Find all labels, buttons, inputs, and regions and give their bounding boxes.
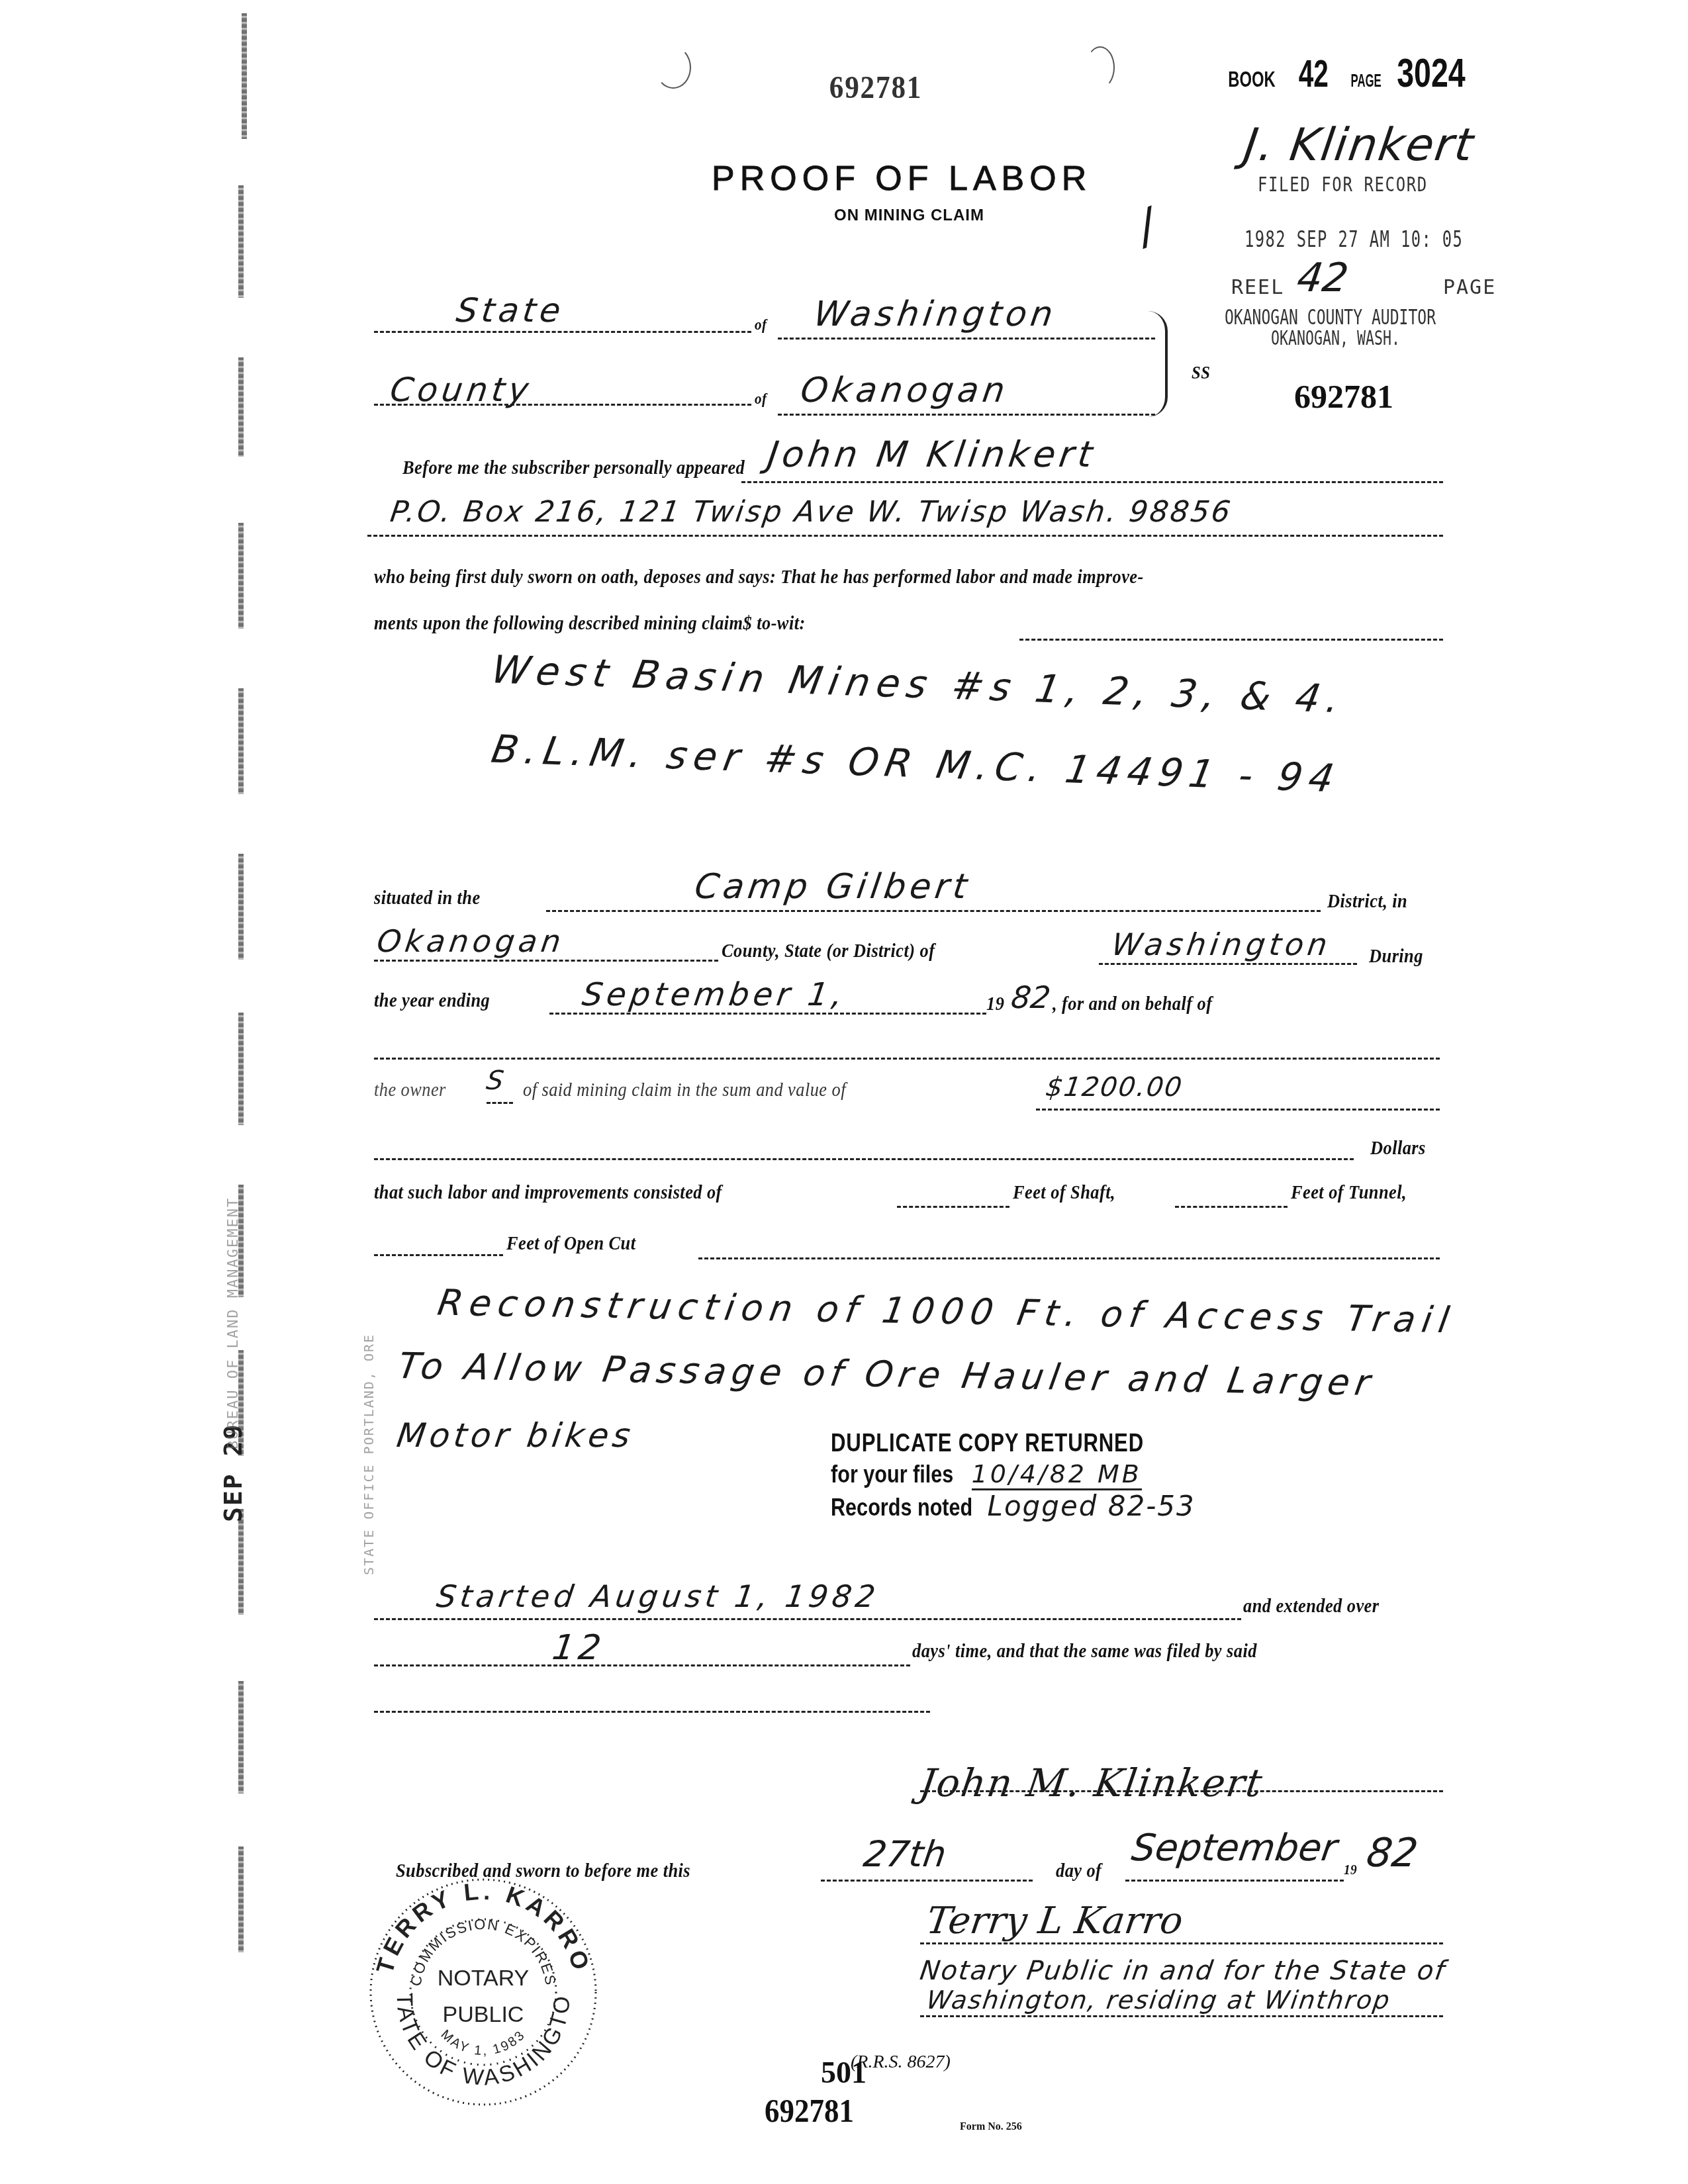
affiant-signature-line bbox=[920, 1790, 1443, 1792]
dollars-line bbox=[374, 1158, 1354, 1160]
day-of-label: day of bbox=[1056, 1860, 1102, 1882]
year-prefix: 19 bbox=[986, 993, 1004, 1015]
behalf-label: , for and on behalf of bbox=[1053, 993, 1212, 1015]
open-cut-label: Feet of Open Cut bbox=[506, 1232, 636, 1255]
owner-label: the owner bbox=[374, 1079, 446, 1101]
scan-edge-mark bbox=[238, 688, 244, 794]
year-ending-value: September 1, bbox=[580, 976, 849, 1013]
filed-for-record-label: FILED FOR RECORD bbox=[1258, 173, 1428, 197]
filer-signature: J. Klinkert bbox=[1241, 119, 1477, 171]
notary-signature-line bbox=[920, 1942, 1443, 1944]
blank-line-2 bbox=[374, 1711, 930, 1713]
ss-label: SS bbox=[1192, 363, 1210, 384]
scan-edge-mark bbox=[238, 854, 244, 960]
book-number: 42 bbox=[1299, 52, 1329, 96]
situated-label: situated in the bbox=[374, 887, 481, 909]
scan-edge-mark bbox=[238, 1681, 244, 1794]
days-value: 12 bbox=[550, 1628, 608, 1668]
footer-rrs: (R.R.S. 8627) bbox=[851, 2052, 951, 2073]
county-name: Okanogan bbox=[375, 923, 567, 959]
side-stamp-text: BUREAU OF LAND MANAGEMENT bbox=[225, 1197, 242, 1449]
scan-edge-mark bbox=[238, 1013, 244, 1125]
files-date: 10/4/82 MB bbox=[972, 1459, 1142, 1490]
sworn-day-line bbox=[821, 1880, 1033, 1882]
duplicate-copy-stamp: DUPLICATE COPY RETURNED for your files 1… bbox=[831, 1430, 1213, 1522]
page-subtitle: ON MINING CLAIM bbox=[834, 206, 984, 225]
form-number: Form No. 256 bbox=[960, 2121, 1022, 2133]
extended-label: and extended over bbox=[1243, 1595, 1379, 1617]
sworn-year-value: 82 bbox=[1364, 1830, 1421, 1876]
reel-label: REEL bbox=[1231, 276, 1284, 299]
stamp-page-label: PAGE bbox=[1443, 276, 1496, 299]
venue-county-value: Okanogan bbox=[798, 371, 1011, 410]
owner-plural-suffix: S bbox=[485, 1066, 510, 1096]
amount-value: $1200.00 bbox=[1044, 1072, 1185, 1103]
svg-text:NOTARY: NOTARY bbox=[438, 1966, 530, 1991]
started-value: Started August 1, 1982 bbox=[434, 1578, 881, 1614]
svg-text:PUBLIC: PUBLIC bbox=[443, 2002, 524, 2027]
duplicate-copy-label: DUPLICATE COPY RETURNED bbox=[831, 1430, 1144, 1458]
scan-edge-mark bbox=[238, 1846, 244, 1952]
scan-edge-mark bbox=[242, 13, 247, 139]
punch-hole bbox=[655, 46, 691, 89]
district-line bbox=[546, 910, 1321, 912]
sworn-month-value: September bbox=[1129, 1827, 1340, 1870]
book-page-stamp: BOOK 42 PAGE 3024 bbox=[1218, 50, 1477, 97]
dollars-label: Dollars bbox=[1370, 1137, 1426, 1160]
stamp-document-number: 692781 bbox=[1294, 377, 1393, 416]
shaft-line bbox=[897, 1206, 1009, 1208]
tunnel-label: Feet of Tunnel, bbox=[1291, 1181, 1407, 1204]
blank-line-1 bbox=[374, 1058, 1440, 1060]
document-number-top: 692781 bbox=[829, 69, 922, 106]
venue-county-label: County bbox=[388, 371, 535, 409]
venue-brace bbox=[1145, 311, 1168, 417]
sworn-day-value: 27th bbox=[861, 1833, 949, 1875]
owner-line bbox=[487, 1102, 513, 1104]
venue-line-2b bbox=[778, 414, 1155, 416]
days-label: days' time, and that the same was filed … bbox=[912, 1640, 1257, 1662]
document-number-bottom: 692781 bbox=[765, 2091, 854, 2130]
to-wit-line bbox=[1019, 639, 1443, 641]
address-line bbox=[367, 535, 1443, 537]
scan-edge-mark bbox=[238, 1509, 244, 1615]
year-ending-label: the year ending bbox=[374, 989, 490, 1012]
scan-edge-mark bbox=[238, 523, 244, 629]
check-mark: / bbox=[1130, 197, 1167, 254]
punch-hole bbox=[1086, 46, 1115, 89]
work-description-line-2: To Allow Passage of Ore Hauler and Large… bbox=[395, 1345, 1378, 1404]
scan-edge-mark bbox=[238, 185, 244, 298]
records-noted-value: Logged 82-53 bbox=[988, 1490, 1196, 1522]
county-line bbox=[374, 960, 718, 962]
owner-label-2: of said mining claim in the sum and valu… bbox=[523, 1079, 846, 1101]
side-stamp-office: STATE OFFICE PORTLAND, ORE bbox=[361, 1334, 377, 1575]
sworn-month-line bbox=[1125, 1880, 1344, 1882]
during-label: During bbox=[1369, 945, 1423, 968]
notary-line-2: Washington, residing at Winthrop bbox=[925, 1985, 1393, 2015]
venue-line-1b bbox=[778, 338, 1155, 340]
appeared-label: Before me the subscriber personally appe… bbox=[402, 457, 745, 479]
sworn-year-prefix: 19 bbox=[1344, 1861, 1357, 1878]
files-row: for your files 10/4/82 MB bbox=[831, 1459, 1213, 1488]
oath-text-2: ments upon the following described minin… bbox=[374, 612, 806, 635]
open-cut-line bbox=[374, 1254, 503, 1256]
venue-state-value: Washington bbox=[812, 295, 1059, 334]
affiant-signature: John M. Klinkert bbox=[917, 1760, 1266, 1805]
appeared-name: John M Klinkert bbox=[765, 433, 1100, 475]
district-label: District, in bbox=[1327, 890, 1407, 913]
year-value: 82 bbox=[1009, 979, 1053, 1015]
notary-line-1: Notary Public in and for the State of bbox=[918, 1956, 1448, 1986]
labor-label: that such labor and improvements consist… bbox=[374, 1181, 722, 1204]
notary-seal-graphic: TERRY L. KARRO STATE OF WASHINGTON COMMI… bbox=[364, 1873, 602, 2111]
notary-signature: Terry L Karro bbox=[923, 1899, 1186, 1942]
book-label: BOOK bbox=[1228, 67, 1275, 93]
venue-of-label: of bbox=[755, 316, 767, 334]
page-label: PAGE bbox=[1351, 70, 1382, 91]
work-description-line-3: Motor bikes bbox=[395, 1416, 637, 1455]
appeared-address: P.O. Box 216, 121 Twisp Ave W. Twisp Was… bbox=[388, 495, 1234, 529]
county-label: County, State (or District) of bbox=[722, 940, 935, 962]
days-line bbox=[374, 1664, 910, 1666]
shaft-label: Feet of Shaft, bbox=[1013, 1181, 1115, 1204]
tunnel-line bbox=[1175, 1206, 1288, 1208]
started-line bbox=[374, 1618, 1241, 1620]
venue-line-1 bbox=[374, 331, 751, 333]
records-noted-label: Records noted bbox=[831, 1494, 972, 1522]
auditor-city-label: OKANOGAN, WASH. bbox=[1271, 327, 1400, 350]
state-line bbox=[1099, 963, 1357, 965]
reel-number: 42 bbox=[1294, 255, 1351, 301]
venue-of-label-2: of bbox=[755, 390, 767, 408]
oath-text-1: who being first duly sworn on oath, depo… bbox=[374, 566, 1144, 588]
open-cut-line-2 bbox=[698, 1257, 1440, 1259]
state-name: Washington bbox=[1109, 927, 1333, 962]
notary-seal: TERRY L. KARRO STATE OF WASHINGTON COMMI… bbox=[364, 1873, 602, 2111]
claims-line-2: B.L.M. ser #s OR M.C. 14491 - 94 bbox=[489, 727, 1344, 801]
scan-edge-mark bbox=[238, 357, 244, 457]
page-number: 3024 bbox=[1397, 50, 1465, 97]
files-label: for your files bbox=[831, 1461, 953, 1488]
records-row: Records noted Logged 82-53 bbox=[831, 1490, 1213, 1522]
county-auditor-label: OKANOGAN COUNTY AUDITOR bbox=[1225, 304, 1436, 330]
claims-line-1: West Basin Mines #s 1, 2, 3, & 4. bbox=[489, 647, 1350, 721]
page-title: PROOF OF LABOR bbox=[712, 159, 1092, 199]
venue-state-label: State bbox=[454, 291, 567, 330]
work-description-line-1: Reconstruction of 1000 Ft. of Access Tra… bbox=[435, 1282, 1458, 1342]
svg-text:MAY 1, 1983: MAY 1, 1983 bbox=[438, 2027, 529, 2058]
notary-residence-line bbox=[920, 2015, 1443, 2017]
filed-date-time: 1982 SEP 27 AM 10: 05 bbox=[1244, 226, 1463, 253]
district-name: Camp Gilbert bbox=[692, 867, 974, 907]
appeared-line bbox=[741, 481, 1443, 483]
amount-line bbox=[1036, 1109, 1440, 1111]
